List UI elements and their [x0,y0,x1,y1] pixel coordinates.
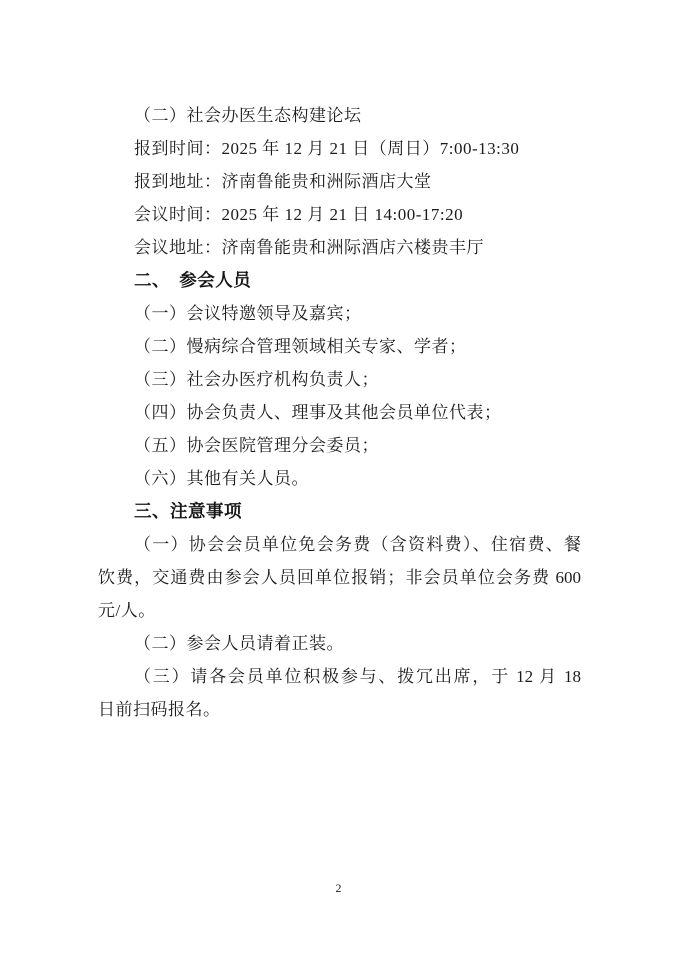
document-line: （三）社会办医疗机构负责人； [98,363,581,396]
document-line: （二）慢病综合管理领域相关专家、学者； [98,330,581,363]
section-heading: 二、 参会人员 [98,264,581,297]
document-line: （六）其他有关人员。 [98,462,581,495]
document-line: 报到地址：济南鲁能贵和洲际酒店大堂 [98,165,581,198]
document-line: （二）参会人员请着正装。 [98,627,581,660]
document-line: （五）协会医院管理分会委员； [98,429,581,462]
document-line: （一）会议特邀领导及嘉宾； [98,297,581,330]
document-page: （二）社会办医生态构建论坛报到时间：2025 年 12 月 21 日（周日）7:… [0,0,677,957]
document-line: 日前扫码报名。 [98,693,581,726]
document-line: 报到时间：2025 年 12 月 21 日（周日）7:00-13:30 [98,132,581,165]
document-line: （二）社会办医生态构建论坛 [98,99,581,132]
document-line: 会议时间：2025 年 12 月 21 日 14:00-17:20 [98,198,581,231]
document-line: （三）请各会员单位积极参与、拨冗出席，于 12 月 18 [98,660,581,693]
document-line: （四）协会负责人、理事及其他会员单位代表； [98,396,581,429]
document-body: （二）社会办医生态构建论坛报到时间：2025 年 12 月 21 日（周日）7:… [98,99,581,726]
section-heading: 三、注意事项 [98,495,581,528]
document-line: （一）协会会员单位免会务费（含资料费）、住宿费、餐 [98,528,581,561]
page-number: 2 [0,880,677,896]
document-line: 饮费，交通费由参会人员回单位报销；非会员单位会务费 600 [98,561,581,594]
document-line: 元/人。 [98,594,581,627]
document-line: 会议地址：济南鲁能贵和洲际酒店六楼贵丰厅 [98,231,581,264]
